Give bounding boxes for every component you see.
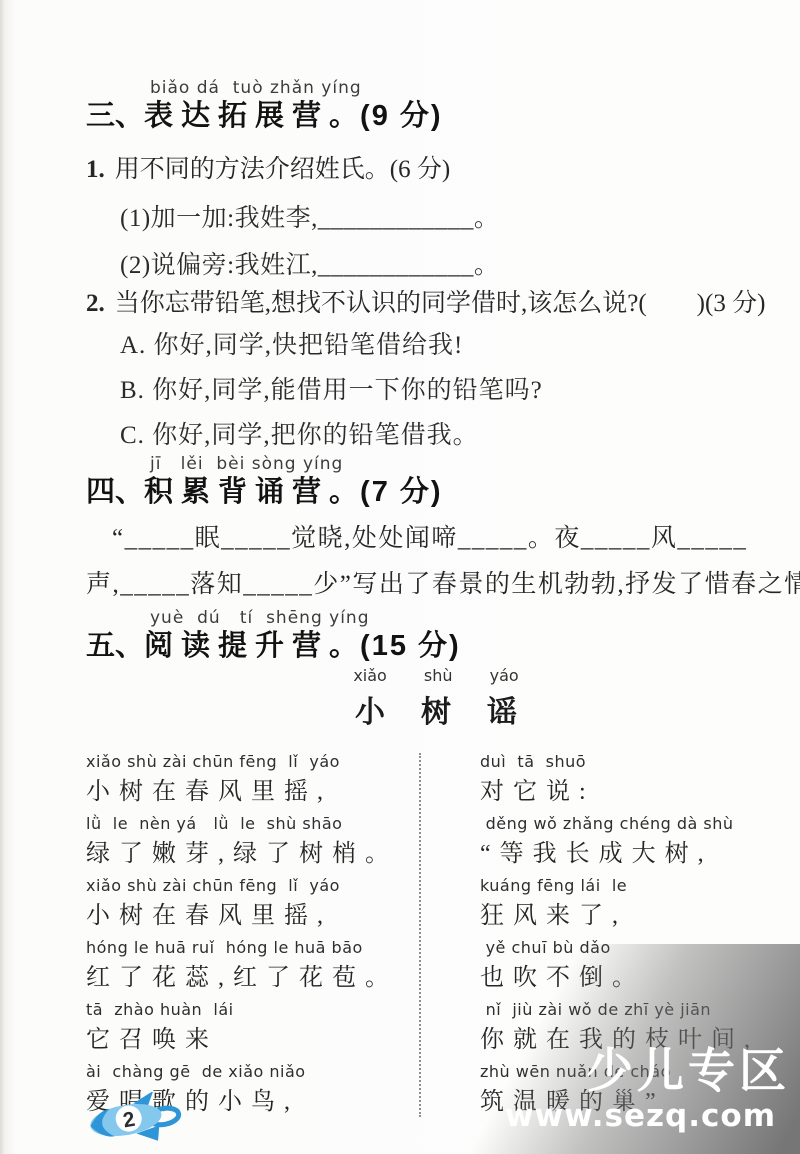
section-4-pinyin: jī lěi bèi sòng yíng (150, 454, 786, 474)
section-recitation: jī lěi bèi sòng yíng 四、积累背诵营。(7 分) “____… (86, 454, 786, 608)
poem-line: xiǎo shù zài chūn fēng lǐ yáo 小树在春风里摇, (86, 751, 420, 813)
question-2-option-c: C. 你好,同学,把你的铅笔借我。 (120, 420, 786, 452)
watermark: 少儿专区 www.sezq.com (505, 1048, 790, 1134)
poem-line-hanzi: 对它说: (480, 775, 759, 809)
poem-line: xiǎo shù zài chūn fēng lǐ yáo 小树在春风里摇, (86, 875, 420, 937)
poem-line-pinyin: lǜ le nèn yá lǜ le shù shāo (86, 813, 420, 835)
section-4-title-chars: 积累背诵营 (144, 476, 329, 508)
section-3-title-chars: 表达拓展营 (144, 100, 329, 132)
question-1: 1.用不同的方法介绍姓氏。(6 分) (86, 154, 786, 186)
section-3-title: 三、表达拓展营。(9 分) (86, 98, 786, 134)
section-5-title: 五、阅读提升营。(15 分) (86, 628, 786, 664)
recitation-line-2: 声,_____落知_____少”写出了春景的生机勃勃,抒发了惜春之情。 (86, 562, 786, 608)
poem-line-pinyin: duì tā shuō (480, 751, 759, 773)
section-3-number: 三、 (86, 100, 144, 132)
poem-line: kuáng fēng lái le 狂风来了, (480, 875, 759, 937)
recitation-line-1: “_____眠_____觉晓,处处闻啼_____。夜_____风_____ (86, 516, 786, 562)
watermark-title: 少儿专区 (505, 1048, 790, 1095)
rocket-page-number-icon: 2 (80, 1092, 190, 1148)
poem-line-hanzi: “等我长成大树, (480, 837, 759, 871)
section-5-title-chars: 阅读提升营 (144, 630, 329, 662)
question-1-item-2: (2)说偏旁:我姓江,____________。 (120, 250, 786, 282)
section-5-score: 。(15 分) (329, 630, 461, 662)
poem-line-pinyin: xiǎo shù zài chūn fēng lǐ yáo (86, 751, 420, 773)
poem-line-hanzi: 小树在春风里摇, (86, 775, 420, 809)
poem-line-pinyin: xiǎo shù zài chūn fēng lǐ yáo (86, 875, 420, 897)
question-2-option-b: B. 你好,同学,能借用一下你的铅笔吗? (120, 375, 786, 407)
poem-line-hanzi: 狂风来了, (480, 899, 759, 933)
section-4-title: 四、积累背诵营。(7 分) (86, 474, 786, 510)
question-1-number: 1. (86, 156, 105, 183)
poem-line: děng wǒ zhǎng chéng dà shù “等我长成大树, (480, 813, 759, 875)
watermark-url: www.sezq.com (505, 1098, 776, 1134)
question-1-text: 用不同的方法介绍姓氏。(6 分) (115, 156, 450, 183)
poem-line-hanzi: 小树在春风里摇, (86, 899, 420, 933)
worksheet-page: biǎo dá tuò zhǎn yíng 三、表达拓展营。(9 分) 1.用不… (0, 0, 800, 1154)
poem-title-block: xiǎo shù yáo 小树谣 (86, 666, 786, 731)
section-expression: biǎo dá tuò zhǎn yíng 三、表达拓展营。(9 分) 1.用不… (86, 78, 786, 452)
poem-line: lǜ le nèn yá lǜ le shù shāo 绿了嫩芽,绿了树梢。 (86, 813, 420, 875)
question-2-text: 当你忘带铅笔,想找不认识的同学借时,该怎么说?( )(3 分) (115, 290, 766, 317)
section-3-pinyin: biǎo dá tuò zhǎn yíng (150, 78, 786, 98)
poem-line-pinyin: děng wǒ zhǎng chéng dà shù (480, 813, 759, 835)
question-2-option-a: A. 你好,同学,快把铅笔借给我! (120, 330, 786, 362)
poem-title: 小树谣 (86, 687, 786, 731)
section-5-pinyin: yuè dú tí shēng yíng (150, 608, 786, 628)
section-4-number: 四、 (86, 476, 144, 508)
section-3-score: 。(9 分) (329, 100, 443, 132)
section-4-score: 。(7 分) (329, 476, 443, 508)
poem-line: duì tā shuō 对它说: (480, 751, 759, 813)
section-5-number: 五、 (86, 630, 144, 662)
poem-title-pinyin: xiǎo shù yáo (86, 666, 786, 685)
question-1-item-1: (1)加一加:我姓李,____________。 (120, 203, 786, 235)
poem-line-hanzi: 绿了嫩芽,绿了树梢。 (86, 837, 420, 871)
poem-line-pinyin: kuáng fēng lái le (480, 875, 759, 897)
question-2-number: 2. (86, 290, 105, 317)
question-2: 2.当你忘带铅笔,想找不认识的同学借时,该怎么说?( )(3 分) (86, 288, 786, 320)
